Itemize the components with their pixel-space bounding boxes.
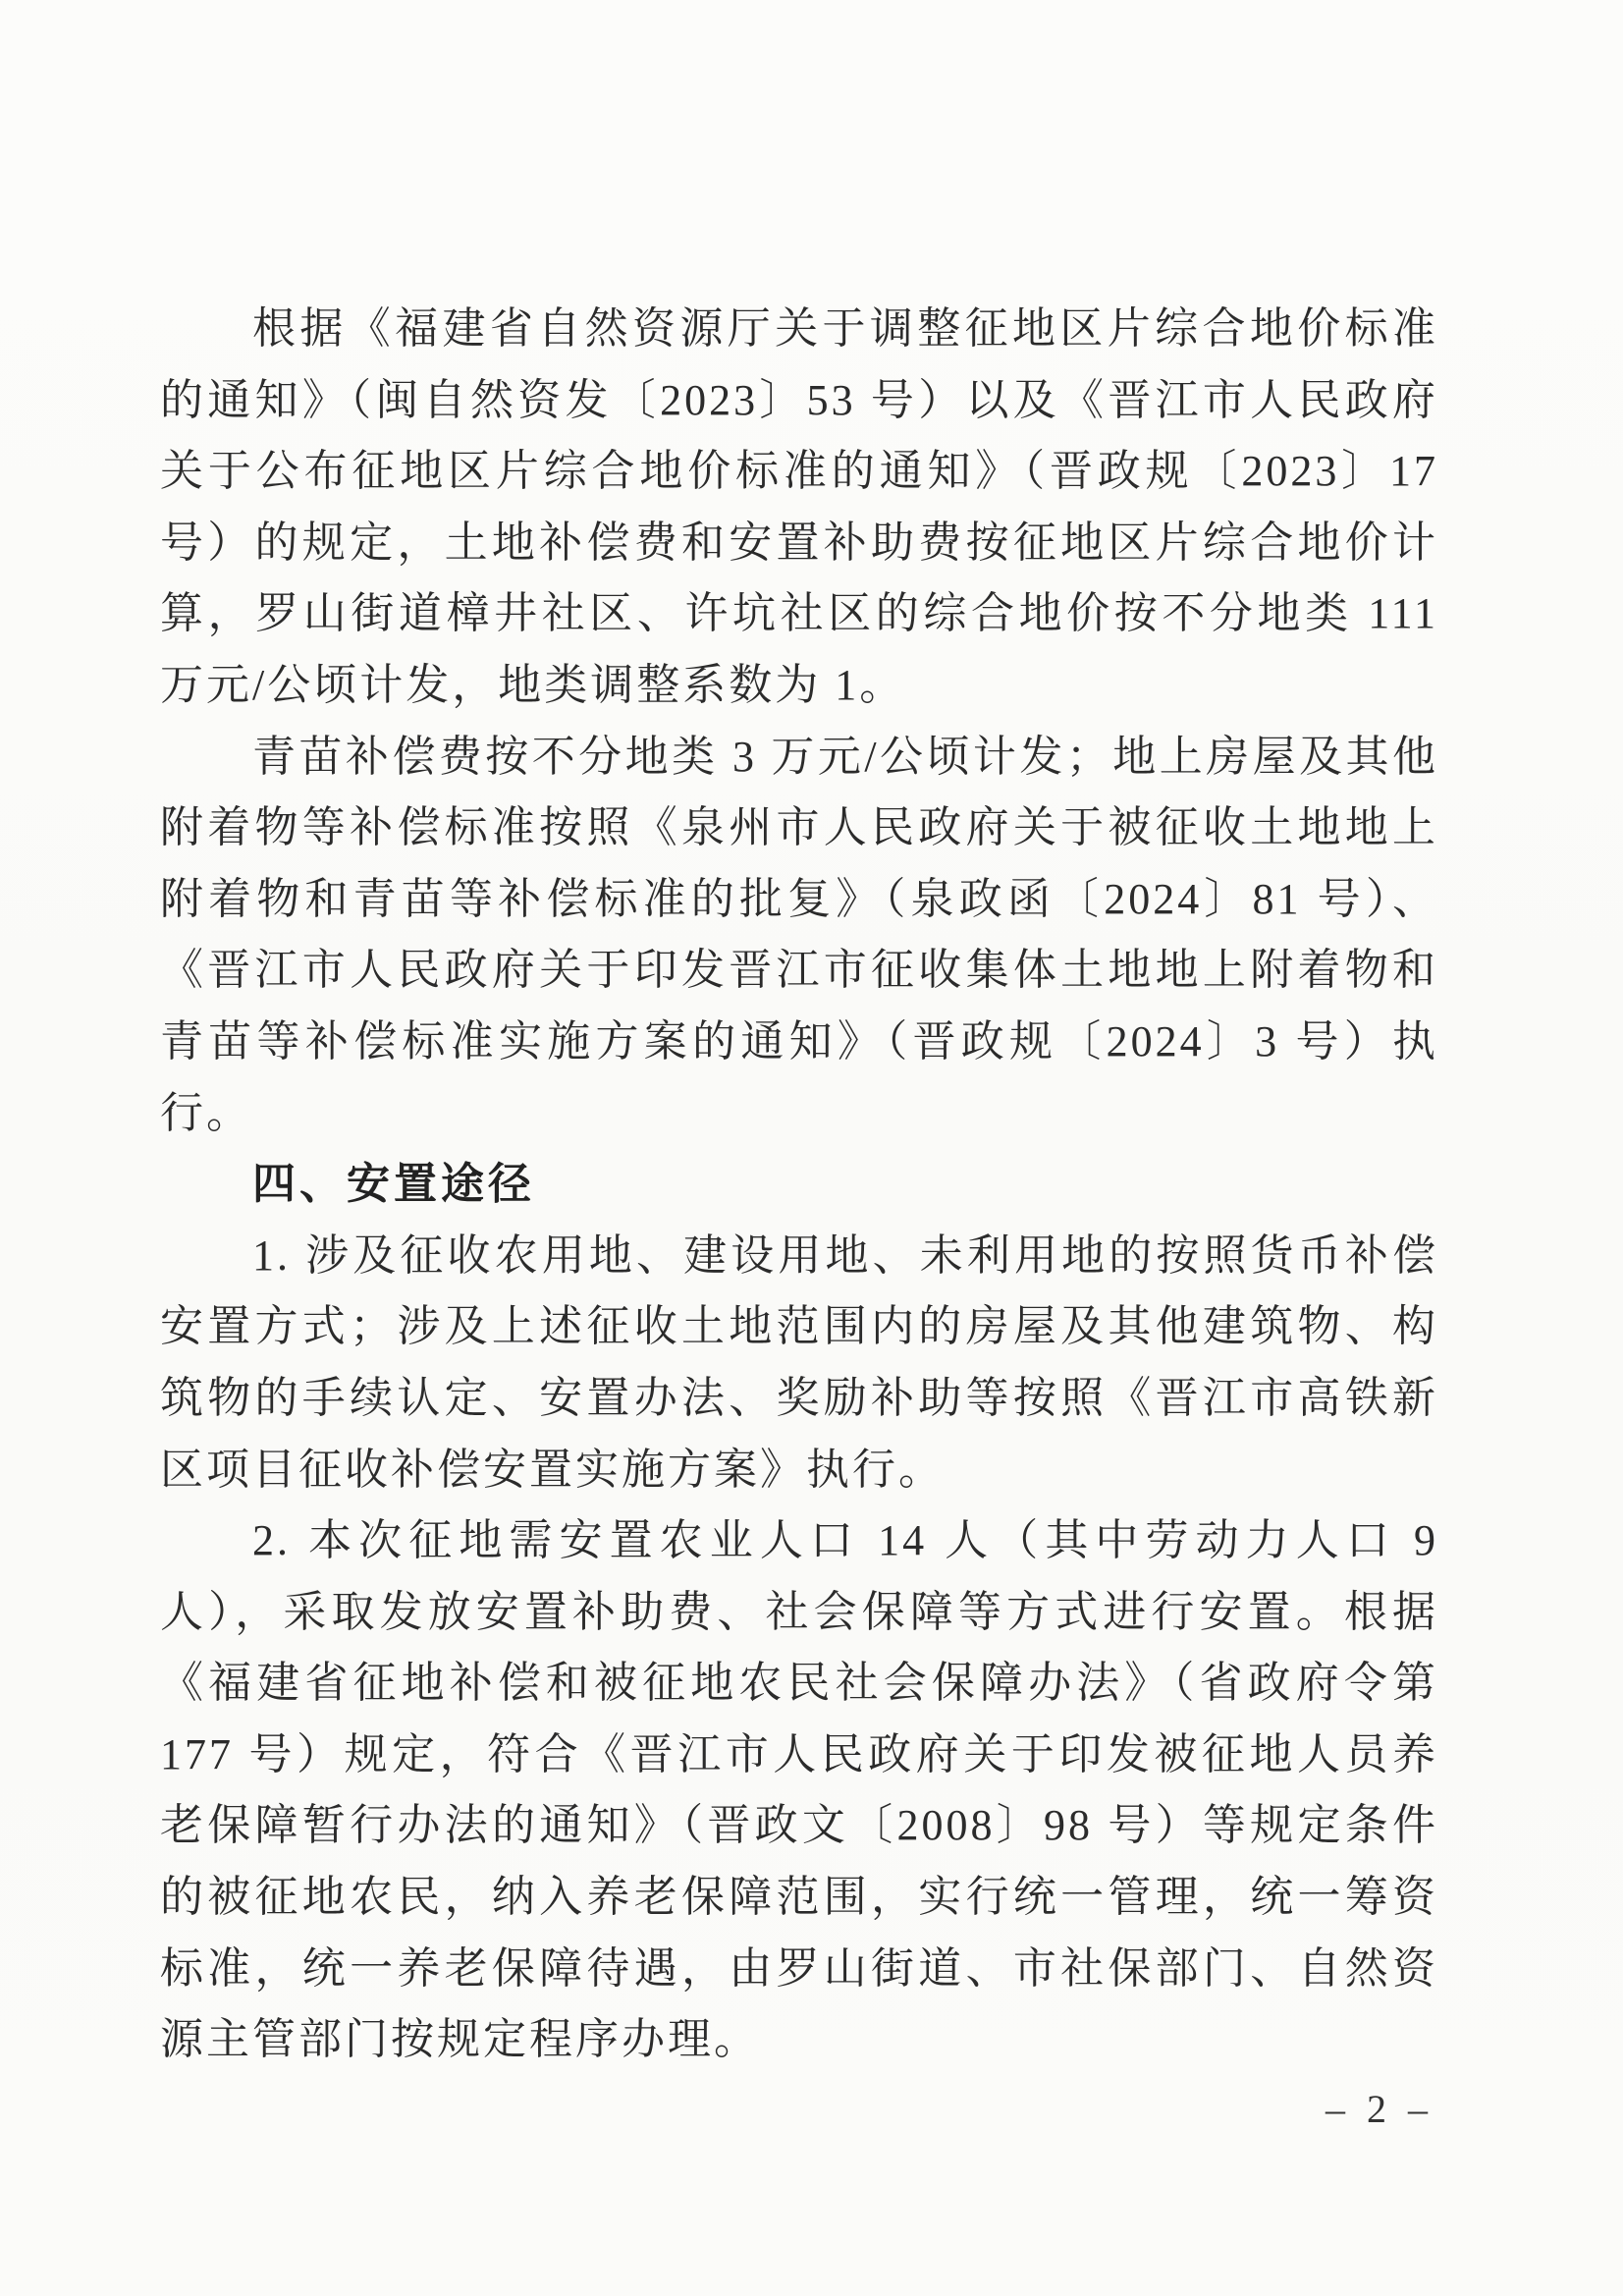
document-body: 根据《福建省自然资源厅关于调整征地区片综合地价标准的通知》（闽自然资发〔2023… bbox=[160, 294, 1438, 2076]
list-item-1-monetary-compensation: 1. 涉及征收农用地、建设用地、未利用地的按照货币补偿安置方式；涉及上述征收土地… bbox=[160, 1221, 1438, 1505]
paragraph-land-price-standards: 根据《福建省自然资源厅关于调整征地区片综合地价标准的通知》（闽自然资发〔2023… bbox=[160, 294, 1438, 722]
list-item-2-social-security-resettlement: 2. 本次征地需安置农业人口 14 人（其中劳动力人口 9 人），采取发放安置补… bbox=[160, 1505, 1438, 2076]
page-number: – 2 – bbox=[1321, 2086, 1438, 2132]
paragraph-crop-and-attachment-compensation: 青苗补偿费按不分地类 3 万元/公顷计发；地上房屋及其他附着物等补偿标准按照《泉… bbox=[160, 722, 1438, 1150]
section-heading-resettlement-approaches: 四、安置途径 bbox=[160, 1149, 1438, 1221]
document-page: 根据《福建省自然资源厅关于调整征地区片综合地价标准的通知》（闽自然资发〔2023… bbox=[0, 0, 1623, 2296]
